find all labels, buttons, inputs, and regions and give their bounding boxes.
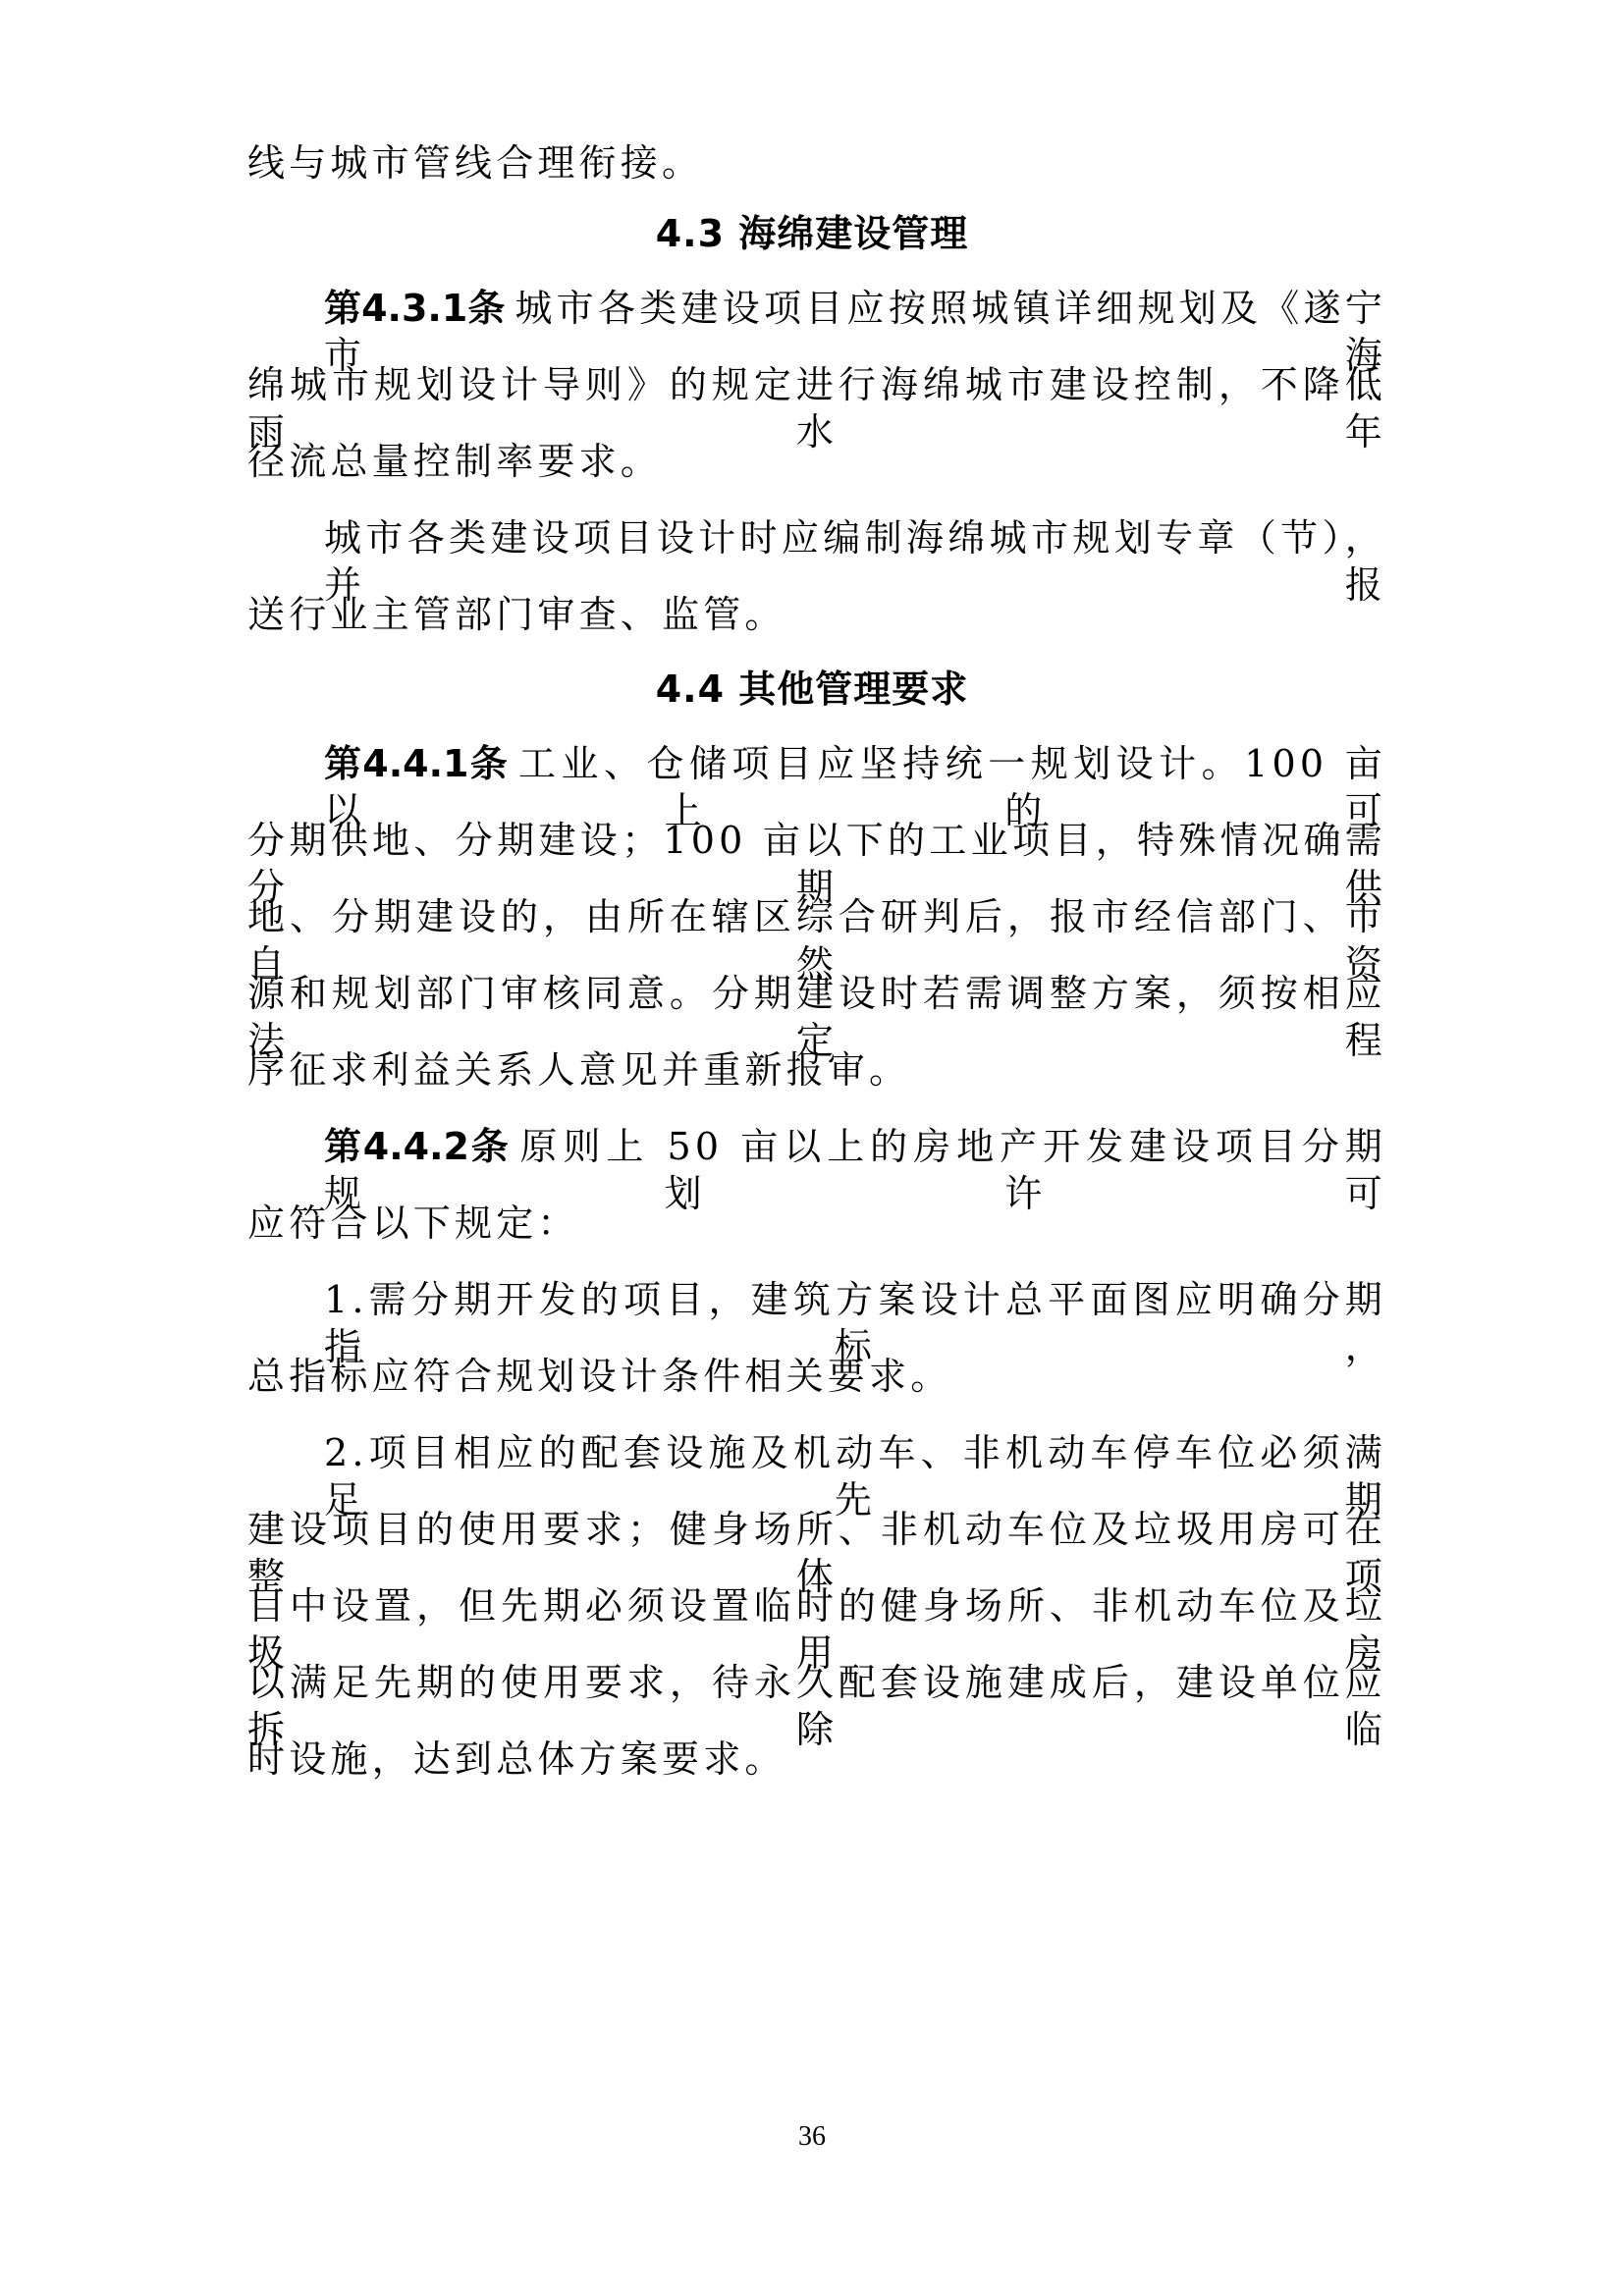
paragraph-line-2: 送行业主管部门审查、监管。	[247, 591, 1386, 638]
clause-4-4-1-line-5: 序征求利益关系人意见并重新报审。	[247, 1046, 1386, 1094]
clause-number: 第4.4.2条	[324, 1125, 511, 1168]
clause-number: 第4.4.1条	[324, 742, 509, 785]
section-heading-4-3: 4.3 海绵建设管理	[0, 210, 1624, 257]
clause-number: 第4.3.1条	[324, 287, 505, 330]
page-number: 36	[0, 2120, 1624, 2154]
clause-4-4-2-line-2: 应符合以下规定：	[247, 1200, 1386, 1247]
section-heading-4-4: 4.4 其他管理要求	[0, 666, 1624, 713]
clause-4-3-1-line-3: 径流总量控制率要求。	[247, 438, 1386, 485]
document-page: 线与城市管线合理衔接。 4.3 海绵建设管理 第4.3.1条城市各类建设项目应按…	[0, 0, 1624, 2296]
item-2-line-5: 时设施，达到总体方案要求。	[247, 1735, 1386, 1783]
continued-text-line: 线与城市管线合理衔接。	[247, 139, 1386, 187]
item-1-line-2: 总指标应符合规划设计条件相关要求。	[247, 1353, 1386, 1400]
